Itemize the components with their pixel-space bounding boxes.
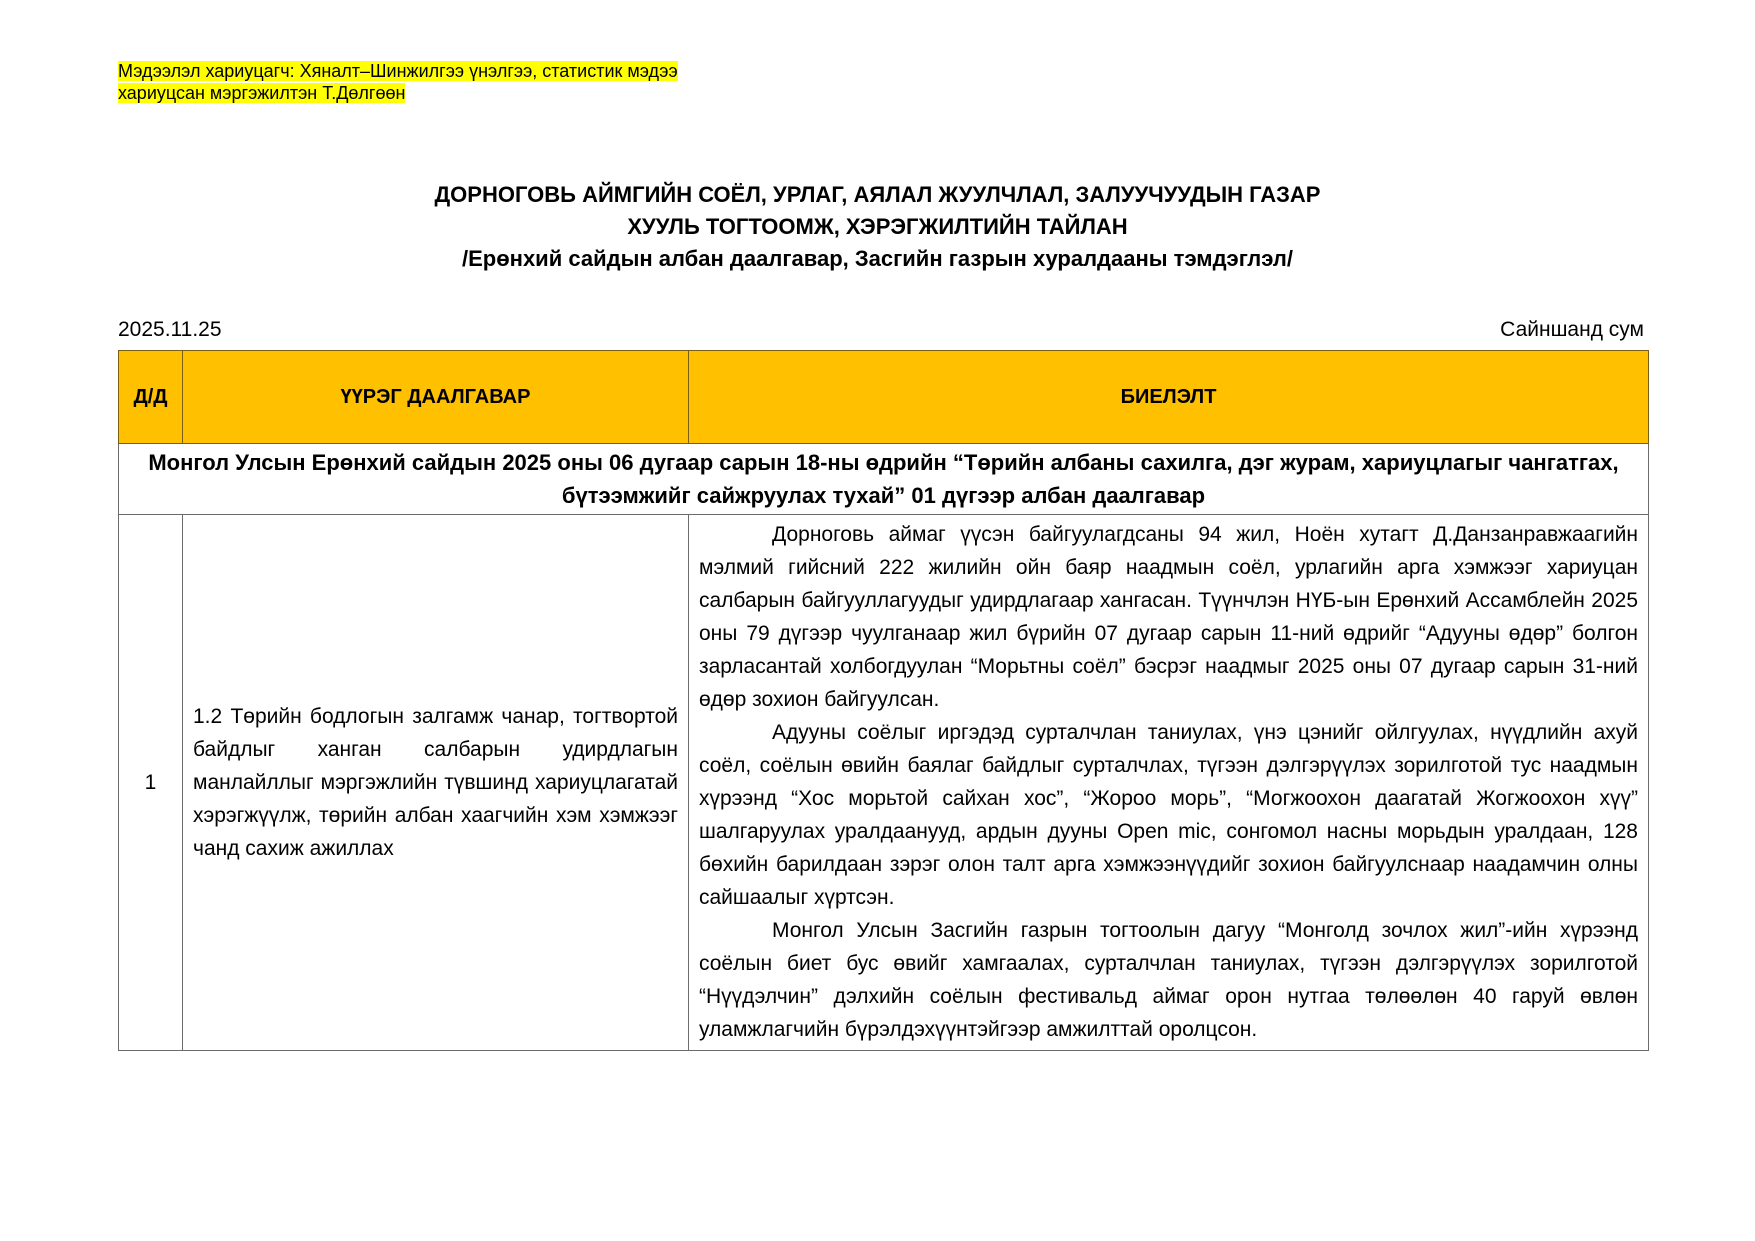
title-line-organization: ДОРНОГОВЬ АЙМГИЙН СОЁЛ, УРЛАГ, АЯЛАЛ ЖУУ… <box>0 179 1755 211</box>
result-paragraph: Монгол Улсын Засгийн газрын тогтоолын да… <box>699 914 1638 1046</box>
title-line-subtitle: /Ерөнхий сайдын албан даалгавар, Засгийн… <box>0 243 1755 275</box>
report-table: Д/Д ҮҮРЭГ ДААЛГАВАР БИЕЛЭЛТ Монгол Улсын… <box>118 350 1649 1051</box>
report-meta: 2025.11.25 Сайншанд сум <box>118 318 1644 342</box>
row-task: 1.2 Төрийн бодлогын залгамж чанар, тогтв… <box>183 515 689 1051</box>
title-line-report-name: ХУУЛЬ ТОГТООМЖ, ХЭРЭГЖИЛТИЙН ТАЙЛАН <box>0 211 1755 243</box>
document-page: Мэдээлэл хариуцагч: Хяналт–Шинжилгээ үнэ… <box>0 0 1755 1241</box>
column-header-result: БИЕЛЭЛТ <box>689 351 1649 444</box>
row-result: Дорноговь аймаг үүсэн байгуулагдсаны 94 … <box>689 515 1649 1051</box>
report-title: ДОРНОГОВЬ АЙМГИЙН СОЁЛ, УРЛАГ, АЯЛАЛ ЖУУ… <box>0 179 1755 275</box>
column-header-task: ҮҮРЭГ ДААЛГАВАР <box>183 351 689 444</box>
section-row: Монгол Улсын Ерөнхий сайдын 2025 оны 06 … <box>119 444 1649 515</box>
column-header-number: Д/Д <box>119 351 183 444</box>
table-row: 1 1.2 Төрийн бодлогын залгамж чанар, тог… <box>119 515 1649 1051</box>
result-paragraph: Адууны соёлыг иргэдэд сурталчлан таниула… <box>699 716 1638 914</box>
result-paragraph: Дорноговь аймаг үүсэн байгуулагдсаны 94 … <box>699 518 1638 716</box>
section-title: Монгол Улсын Ерөнхий сайдын 2025 оны 06 … <box>119 444 1649 515</box>
row-number: 1 <box>119 515 183 1051</box>
responsible-note-line-1: Мэдээлэл хариуцагч: Хяналт–Шинжилгээ үнэ… <box>118 61 678 81</box>
report-date: 2025.11.25 <box>118 318 222 342</box>
report-location: Сайншанд сум <box>1500 318 1644 342</box>
responsible-note-line-2: хариуцсан мэргэжилтэн Т.Дөлгөөн <box>118 83 405 103</box>
table-header-row: Д/Д ҮҮРЭГ ДААЛГАВАР БИЕЛЭЛТ <box>119 351 1649 444</box>
responsible-person-note: Мэдээлэл хариуцагч: Хяналт–Шинжилгээ үнэ… <box>118 60 678 104</box>
